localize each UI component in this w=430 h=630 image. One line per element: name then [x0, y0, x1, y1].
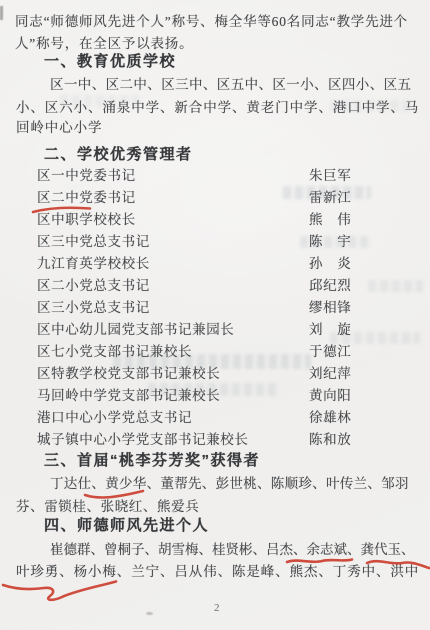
manager-row: 区七小党支部书记兼校长 于德江: [37, 343, 430, 361]
manager-title: 区二小党总支书记: [37, 278, 150, 293]
red-underline-yu-zhi-bin: [287, 560, 352, 563]
manager-title: 马回岭中学党支部书记兼校长: [37, 388, 220, 403]
manager-row: 区二小党总支书记 邱纪烈: [37, 277, 430, 295]
manager-row: 城子镇中心小学党支部书记兼校长 陈和放: [37, 431, 430, 449]
manager-title: 九江育英学校校长: [37, 256, 150, 271]
scan-edge-artifact: [0, 6, 3, 20]
section-3-heading: 三、首届“桃李芬芳奖”获得者: [44, 452, 260, 470]
page-number: 2: [214, 599, 220, 617]
individual-names-line-2: 叶珍勇、杨小梅、兰宁、吕从伟、陈是峰、熊杰、丁秀中、洪中: [16, 563, 419, 581]
manager-row: 区中心幼儿园党支部书记兼园长 刘 旋: [37, 321, 430, 339]
scanned-document-page: 同志“师德师风先进个人”称号、梅全华等60名同志“教学先进个 人”称号，在全区予…: [0, 0, 430, 630]
manager-row: 港口中心小学党总支书记 徐雄林: [37, 409, 430, 427]
individual-names-line-1: 崔德群、曾桐子、胡雪梅、桂贤彬、吕杰、余志斌、龚代玉、: [50, 541, 415, 559]
section-2-heading: 二、学校优秀管理者: [44, 146, 193, 164]
award-names-line-2: 芬、雷锁桂、张晓红、熊爱兵: [16, 498, 199, 516]
manager-title: 城子镇中心小学党支部书记兼校长: [37, 432, 249, 447]
manager-title: 区三中党总支书记: [37, 234, 150, 249]
section-4-heading: 四、师德师风先进个人: [44, 517, 209, 535]
manager-title: 区二中党委书记: [37, 190, 136, 205]
manager-title: 区特教学校党支部书记兼校长: [37, 366, 220, 381]
manager-row: 区三小党总支书记 缪相锋: [37, 299, 430, 317]
manager-row: 区一中党委书记 朱巨军: [37, 167, 430, 185]
intro-line-1: 同志“师德师风先进个人”称号、梅全华等60名同志“教学先进个: [15, 13, 408, 31]
red-underline-ye-zhen-yong-yang-xiao-mei: [3, 582, 116, 600]
manager-name: 黄向阳: [309, 387, 351, 405]
manager-row: 马回岭中学党支部书记兼校长 黄向阳: [37, 387, 430, 405]
manager-title: 区三小党总支书记: [37, 300, 150, 315]
award-names-line-1: 丁达仕、黄少华、董帮先、彭世桃、陈顺珍、叶传兰、邹羽: [50, 475, 409, 493]
section-1-heading: 一、教育优质学校: [44, 53, 176, 71]
manager-name: 刘纪萍: [309, 365, 351, 383]
manager-row: 九江育英学校校长 孙 炎: [37, 255, 430, 273]
manager-name: 雷新江: [309, 189, 351, 207]
scan-smudge: [146, 612, 153, 615]
manager-name: 于德江: [309, 343, 351, 361]
manager-name: 缪相锋: [309, 299, 351, 317]
manager-name: 孙 炎: [309, 255, 351, 273]
manager-name: 陈和放: [309, 431, 351, 449]
manager-row: 区二中党委书记 雷新江: [37, 189, 430, 207]
manager-row: 区三中党总支书记 陈 宇: [37, 233, 430, 251]
manager-title: 港口中心小学党总支书记: [37, 410, 192, 425]
manager-name: 陈 宇: [309, 233, 351, 251]
manager-title: 区一中党委书记: [37, 168, 136, 183]
manager-row: 区中职学校校长 熊 伟: [37, 211, 430, 229]
manager-title: 区七小党支部书记兼校长: [37, 344, 192, 359]
manager-row: 区特教学校党支部书记兼校长 刘纪萍: [37, 365, 430, 383]
manager-name: 朱巨军: [309, 167, 351, 185]
manager-name: 刘 旋: [309, 321, 351, 339]
school-list-line-3: 回岭中心小学: [16, 119, 102, 137]
manager-name: 徐雄林: [309, 409, 351, 427]
school-list-line-2: 小、区六小、涌泉中学、新合中学、黄老门中学、港口中学、马: [16, 99, 419, 117]
school-list-line-1: 区一中、区二中、区三中、区五中、区一小、区四小、区五: [50, 76, 411, 94]
manager-name: 熊 伟: [309, 211, 351, 229]
intro-line-2: 人”称号，在全区予以表扬。: [15, 35, 193, 53]
manager-title: 区中职学校校长: [37, 212, 136, 227]
manager-name: 邱纪烈: [309, 277, 351, 295]
manager-title: 区中心幼儿园党支部书记兼园长: [37, 322, 234, 337]
